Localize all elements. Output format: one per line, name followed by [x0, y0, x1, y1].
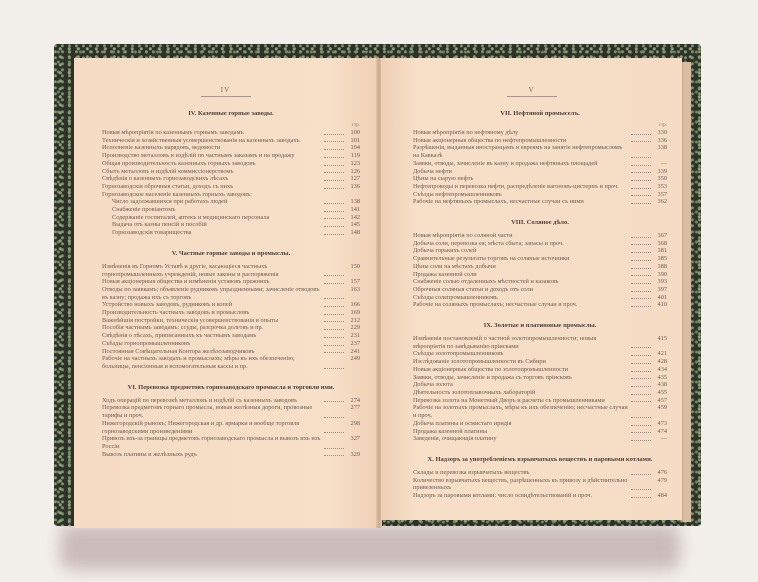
- leader-dots: [324, 420, 344, 433]
- leader-dots: [324, 263, 344, 276]
- leader-dots: [324, 332, 344, 338]
- toc-entry: Техническія и хозяйственныя усовершенств…: [102, 137, 360, 145]
- toc-entry: Снабженіе солью отдаленныхъ мѣстностей и…: [413, 278, 667, 286]
- leader-dots: [631, 294, 651, 300]
- toc-entry-title: Измѣненія постановленій о частной золото…: [413, 335, 629, 350]
- leader-dots: [631, 404, 651, 417]
- toc-entry-page-number: 136: [346, 183, 360, 191]
- toc-entry: Цѣны соли на мѣстахъ добычи388: [413, 263, 667, 271]
- toc-entry: Съѣзды солепромышленниковъ401: [413, 294, 667, 302]
- toc-entry-title: Важнѣйшія постройки, техническія усоверш…: [102, 317, 322, 325]
- toc-entry: Нефтепроводы и перевозка нефти, распредѣ…: [413, 183, 667, 191]
- leader-dots: [631, 477, 651, 490]
- toc-entry-page-number: 353: [653, 183, 667, 191]
- toc-entry: Добыча горькихъ солей381: [413, 247, 667, 255]
- toc-entry: Выдача отъ казны пенсій и пособій145: [102, 221, 360, 229]
- leader-dots: [324, 451, 344, 457]
- leader-dots: [324, 137, 344, 143]
- toc-entry-title: Заявки, отводы, зачисленіе въ казну и пр…: [413, 160, 629, 168]
- toc-entry: Цѣны на сырую нефть350: [413, 175, 667, 183]
- leader-dots: [631, 255, 651, 261]
- book-shadow: [60, 525, 680, 570]
- leader-dots: [631, 129, 651, 135]
- leader-dots: [631, 358, 651, 364]
- toc-entry-title: Исполненіе казенныхъ нарядовъ, ведомости: [102, 144, 322, 152]
- toc-entry-page-number: 241: [346, 348, 360, 356]
- leader-dots: [631, 198, 651, 204]
- toc-entry: Склады и перевозка взрывчатыхъ веществъ4…: [413, 469, 667, 477]
- toc-entry-page-number: 397: [653, 286, 667, 294]
- toc-entry-title: Дѣятельность золотоплавочныхъ лабораторі…: [413, 389, 629, 397]
- toc-entry-page-number: 339: [653, 168, 667, 176]
- toc-entry-page-number: 231: [346, 332, 360, 340]
- toc-entry-page-number: 401: [653, 294, 667, 302]
- toc-entry-title: Отводы по заявкамъ; объявленіе рудниковъ…: [102, 286, 322, 301]
- leader-dots: [324, 160, 344, 166]
- folio-rule: [507, 96, 557, 97]
- toc-entry: Заявки, отводы, зачисленіе и продажа съ …: [413, 374, 667, 382]
- leader-dots: [631, 381, 651, 387]
- toc-entry-title: Съѣзды горнопромышленниковъ: [102, 340, 322, 348]
- toc-entry-page-number: 350: [653, 175, 667, 183]
- leader-dots: [324, 286, 344, 299]
- section-title: IX. Золотые и платиновые промыслы.: [413, 322, 667, 330]
- leader-dots: [324, 309, 344, 315]
- toc-entry-page-number: 474: [653, 428, 667, 436]
- leader-dots: [324, 144, 344, 150]
- leader-dots: [631, 247, 651, 253]
- section-title: V. Частные горные заводы и промыслы.: [102, 250, 360, 258]
- toc-entry: Новыя мѣропріятія по казеннымъ горнымъ з…: [102, 129, 360, 137]
- toc-entry: Рабочіе на золотыхъ промыслахъ, мѣры къ …: [413, 404, 667, 419]
- toc-entry-page-number: 148: [346, 229, 360, 237]
- toc-entry-title: Новыя мѣропріятія по казеннымъ горнымъ з…: [102, 129, 322, 137]
- leader-dots: [631, 374, 651, 380]
- toc-entry: Продажа казенной платины474: [413, 428, 667, 436]
- leader-dots: [631, 183, 651, 189]
- toc-entry-page-number: 229: [346, 324, 360, 332]
- toc-entry: Заявки, отводы, зачисленіе въ казну и пр…: [413, 160, 667, 168]
- toc-entry-title: Заявки, отводы, зачисленіе и продажа съ …: [413, 374, 629, 382]
- leader-dots: [631, 263, 651, 269]
- toc-entry-page-number: 367: [653, 232, 667, 240]
- leader-dots: [631, 428, 651, 434]
- toc-entry-title: Перевозка предметовъ горнаго промысла, н…: [102, 404, 322, 419]
- toc-entry-page-number: 330: [653, 129, 667, 137]
- leader-dots: [324, 278, 344, 284]
- left-page: IV IV. Казенные горные заводы.стр.Новыя …: [74, 58, 377, 528]
- toc-entry: Рабочіе на нефтяныхъ промыслахъ, несчаст…: [413, 198, 667, 206]
- toc-entry-title: Добыча нефти: [413, 168, 629, 176]
- toc-entry-page-number: 100: [346, 129, 360, 137]
- toc-entry-title: Съѣзды нефтепромышленниковъ: [413, 191, 629, 199]
- toc-entry: Сравнительные результаты торговъ на соля…: [413, 255, 667, 263]
- toc-entry-title: Заведенія, очищающія платину: [413, 435, 629, 443]
- leader-dots: [631, 301, 651, 307]
- leader-dots: [324, 183, 344, 189]
- toc-entry-title: Добыча горькихъ солей: [413, 247, 629, 255]
- toc-entry-page-number: 457: [653, 397, 667, 405]
- toc-entry-page-number: 415: [653, 335, 667, 350]
- toc-entry-page-number: 138: [346, 198, 360, 206]
- toc-entry-title: Свѣдѣнія о лѣсахъ, приписанныхъ къ частн…: [102, 332, 322, 340]
- toc-entry: Изслѣдованіе золотопромышленности въ Сиб…: [413, 358, 667, 366]
- leader-dots: [324, 198, 344, 204]
- leader-dots: [631, 168, 651, 174]
- toc-entry-page-number: 385: [653, 255, 667, 263]
- toc-entry: Производство металловъ и издѣлій по част…: [102, 152, 360, 160]
- leader-dots: [631, 389, 651, 395]
- toc-entry-page-number: 336: [653, 137, 667, 145]
- toc-entry: Число задолжавшихся при работахъ людей13…: [102, 198, 360, 206]
- toc-entry-title: Число задолжавшихся при работахъ людей: [102, 198, 322, 206]
- toc-entry-title: Общая производительность казенныхъ горны…: [102, 160, 322, 168]
- toc-entry-page-number: 249: [346, 355, 360, 370]
- toc-entry: Заведенія, очищающія платину—: [413, 435, 667, 443]
- toc-entry-page-number: 123: [346, 160, 360, 168]
- leader-dots: [324, 340, 344, 346]
- toc-entry: Перевозка золота на Монетный Дворъ и рас…: [413, 397, 667, 405]
- toc-entry-title: Снабженіе провіантомъ: [102, 206, 322, 214]
- toc-entry-page-number: 157: [346, 278, 360, 286]
- toc-entry-page-number: 119: [346, 152, 360, 160]
- toc-entry: Продажа казенной соли390: [413, 271, 667, 279]
- toc-entry-title: Горнозаводское населеніе казенныхъ горны…: [102, 191, 346, 199]
- toc-entry-title: Новыя акціонерныя общества по золотопром…: [413, 366, 629, 374]
- leader-dots: [324, 317, 344, 323]
- toc-entry-page-number: 381: [653, 247, 667, 255]
- toc-entry-page-number: 435: [653, 374, 667, 382]
- toc-entry-title: Новыя акціонерныя общества по нефтепромы…: [413, 137, 629, 145]
- leader-dots: [631, 492, 651, 498]
- toc-entry-title: Свѣдѣнія о казенныхъ горнозаводскихъ лѣс…: [102, 175, 322, 183]
- toc-entry-page-number: 126: [346, 168, 360, 176]
- toc-entry: Важнѣйшія постройки, техническія усоверш…: [102, 317, 360, 325]
- toc-entry-page-number: 455: [653, 389, 667, 397]
- toc-entry-title: Новыя акціонерныя общества и измѣненія у…: [102, 278, 322, 286]
- section-title: VII. Нефтяной промыселъ.: [413, 110, 667, 118]
- toc-entry-page-number: 212: [346, 317, 360, 325]
- toc-entry-page-number: 479: [653, 477, 667, 492]
- leader-dots: [324, 404, 344, 417]
- toc-entry: Горнозаводское населеніе казенныхъ горны…: [102, 191, 360, 199]
- toc-entry: Съѣзды золотопромышленниковъ421: [413, 350, 667, 358]
- toc-entry-page-number: 368: [653, 240, 667, 248]
- toc-entry: Устройство новыхъ заводовъ, рудниковъ и …: [102, 301, 360, 309]
- toc-entry-title: Горнозаводскія оброчныя статьи, доходъ с…: [102, 183, 322, 191]
- leader-dots: [631, 144, 651, 157]
- toc-entry-title: Надзоръ за паровыми котлами: число освид…: [413, 492, 629, 500]
- toc-entry: Съѣзды горнопромышленниковъ237: [102, 340, 360, 348]
- toc-entry: Пособія частнымъ заводамъ: ссуды, разсро…: [102, 324, 360, 332]
- leader-dots: [631, 160, 651, 166]
- section-title: VI. Перевозка предметовъ горнозаводскаго…: [102, 384, 360, 392]
- leader-dots: [631, 240, 651, 246]
- toc-entry-title: Нефтепроводы и перевозка нефти, распредѣ…: [413, 183, 629, 191]
- toc-entry-title: Техническія и хозяйственныя усовершенств…: [102, 137, 322, 145]
- toc-entry-title: Рабочіе на соляныхъ промыслахъ; несчастн…: [413, 301, 629, 309]
- section-title: IV. Казенные горные заводы.: [102, 110, 360, 118]
- toc-entry: Вывозъ платины и желѣзныхъ рудъ329: [102, 451, 360, 459]
- toc-entry-page-number: 274: [346, 397, 360, 405]
- leader-dots: [324, 129, 344, 135]
- right-page: V VII. Нефтяной промыселъ.стр.Новыя мѣро…: [381, 58, 682, 520]
- leader-dots: [631, 435, 651, 441]
- leader-dots: [324, 348, 344, 354]
- toc-entry-title: Склады и перевозка взрывчатыхъ веществъ: [413, 469, 629, 477]
- toc-entry: Постоянная Совѣщательная Контора желѣзоз…: [102, 348, 360, 356]
- toc-entry: Содержаніе госпиталей, аптекъ и медицинс…: [102, 214, 360, 222]
- toc-entry-title: Вывозъ платины и желѣзныхъ рудъ: [102, 451, 322, 459]
- toc-entry: Дѣятельность золотоплавочныхъ лабораторі…: [413, 389, 667, 397]
- toc-entry-page-number: 438: [653, 381, 667, 389]
- toc-entry: Добыча нефти339: [413, 168, 667, 176]
- toc-entry-title: Добыча соли, перевозка ея; мѣста сбыта; …: [413, 240, 629, 248]
- toc-entry: Привозъ изъ-за границы предметовъ горноз…: [102, 435, 360, 450]
- toc-entry-title: Перевозка золота на Монетный Дворъ и рас…: [413, 397, 629, 405]
- toc-entry-page-number: 459: [653, 404, 667, 419]
- toc-entry-page-number: 141: [346, 206, 360, 214]
- toc-entry-page-number: 327: [346, 435, 360, 450]
- toc-entry-title: Новыя мѣропріятія по соляной части: [413, 232, 629, 240]
- toc-entry-title: Оброчныя соляныя статьи и доходъ отъ сол…: [413, 286, 629, 294]
- toc-entry-title: Измѣненія въ Горномъ Уставѣ и другіе, ка…: [102, 263, 322, 278]
- toc-entry: Нижегородскій рынокъ; Нижегородская и др…: [102, 420, 360, 435]
- toc-entry: Рабочіе на соляныхъ промыслахъ; несчастн…: [413, 301, 667, 309]
- toc-entry-page-number: 421: [653, 350, 667, 358]
- toc-entry-page-number: 484: [653, 492, 667, 500]
- toc-entry-page-number: 473: [653, 420, 667, 428]
- leader-dots: [324, 355, 344, 368]
- toc-entry-page-number: 362: [653, 198, 667, 206]
- toc-entry-title: Цѣны соли на мѣстахъ добычи: [413, 263, 629, 271]
- toc-entry: Добыча платины и осмистаго иридія473: [413, 420, 667, 428]
- toc-entry: Измѣненія постановленій о частной золото…: [413, 335, 667, 350]
- leader-dots: [324, 301, 344, 307]
- leader-dots: [324, 152, 344, 158]
- toc-entry-title: Количество взрывчатыхъ веществъ, разрѣше…: [413, 477, 629, 492]
- toc-entry: Добыча золота438: [413, 381, 667, 389]
- leader-dots: [324, 435, 344, 448]
- leader-dots: [631, 278, 651, 284]
- toc-entry: Снабженіе провіантомъ141: [102, 206, 360, 214]
- leader-dots: [324, 175, 344, 181]
- toc-entry-title: Рабочіе на частныхъ заводахъ и промыслах…: [102, 355, 322, 370]
- toc-entry-page-number: 127: [346, 175, 360, 183]
- leader-dots: [324, 324, 344, 330]
- right-table-of-contents: VII. Нефтяной промыселъ.стр.Новыя мѣропр…: [381, 110, 667, 500]
- toc-entry-page-number: 390: [653, 271, 667, 279]
- leader-dots: [631, 366, 651, 372]
- toc-entry-title: Пособія частнымъ заводамъ: ссуды, разсро…: [102, 324, 322, 332]
- toc-entry-title: Изслѣдованіе золотопромышленности въ Сиб…: [413, 358, 629, 366]
- leader-dots: [631, 286, 651, 292]
- toc-entry-page-number: 101: [346, 137, 360, 145]
- toc-entry-title: Съѣзды солепромышленниковъ: [413, 294, 629, 302]
- toc-entry-title: Производство металловъ и издѣлій по част…: [102, 152, 322, 160]
- toc-entry-page-number: 163: [346, 286, 360, 301]
- leader-dots: [631, 232, 651, 238]
- toc-entry: Производительность частныхъ заводовъ и п…: [102, 309, 360, 317]
- toc-entry: Перевозка предметовъ горнаго промысла, н…: [102, 404, 360, 419]
- leader-dots: [631, 420, 651, 426]
- toc-entry-title: Привозъ изъ-за границы предметовъ горноз…: [102, 435, 322, 450]
- leader-dots: [324, 221, 344, 227]
- toc-entry-page-number: 150: [346, 263, 360, 278]
- toc-entry: Отводы по заявкамъ; объявленіе рудниковъ…: [102, 286, 360, 301]
- section-title: X. Надзоръ за употребленіемъ взрывчатыхъ…: [413, 456, 667, 464]
- leader-dots: [631, 175, 651, 181]
- toc-entry: Свѣдѣнія о лѣсахъ, приписанныхъ къ частн…: [102, 332, 360, 340]
- leader-dots: [324, 397, 344, 403]
- leader-dots: [324, 206, 344, 212]
- toc-entry-title: Сравнительные результаты торговъ на соля…: [413, 255, 629, 263]
- toc-entry: Сбытъ металловъ и издѣлій коммиссіонерст…: [102, 168, 360, 176]
- toc-entry-title: Содержаніе госпиталей, аптекъ и медицинс…: [102, 214, 322, 222]
- toc-entry: Свѣдѣнія о казенныхъ горнозаводскихъ лѣс…: [102, 175, 360, 183]
- toc-entry-page-number: [346, 191, 360, 199]
- leader-dots: [631, 191, 651, 197]
- toc-entry-title: Продажа казенной платины: [413, 428, 629, 436]
- section-title: VIII. Соляное дѣло.: [413, 219, 667, 227]
- toc-entry-title: Рабочіе на нефтяныхъ промыслахъ, несчаст…: [413, 198, 629, 206]
- toc-entry: Рабочіе на частныхъ заводахъ и промыслах…: [102, 355, 360, 370]
- toc-entry: Горнозаводскія товарищества148: [102, 229, 360, 237]
- toc-entry: Новыя мѣропріятія по соляной части367: [413, 232, 667, 240]
- toc-entry-title: Рабочіе на золотыхъ промыслахъ, мѣры къ …: [413, 404, 629, 419]
- leader-dots: [631, 335, 651, 348]
- toc-entry-page-number: —: [653, 435, 667, 443]
- toc-entry-page-number: 237: [346, 340, 360, 348]
- toc-entry: Оброчныя соляныя статьи и доходъ отъ сол…: [413, 286, 667, 294]
- toc-entry: Добыча соли, перевозка ея; мѣста сбыта; …: [413, 240, 667, 248]
- toc-entry-page-number: 166: [346, 301, 360, 309]
- toc-entry: Надзоръ за паровыми котлами: число освид…: [413, 492, 667, 500]
- right-folio: V: [381, 58, 682, 94]
- toc-entry: Общая производительность казенныхъ горны…: [102, 160, 360, 168]
- toc-entry-title: Добыча платины и осмистаго иридія: [413, 420, 629, 428]
- toc-entry-title: Продажа казенной соли: [413, 271, 629, 279]
- toc-entry: Измѣненія въ Горномъ Уставѣ и другіе, ка…: [102, 263, 360, 278]
- leader-dots: [324, 229, 344, 235]
- toc-entry: Исполненіе казенныхъ нарядовъ, ведомости…: [102, 144, 360, 152]
- toc-entry-page-number: 298: [346, 420, 360, 435]
- toc-entry-page-number: 145: [346, 221, 360, 229]
- toc-entry-page-number: 476: [653, 469, 667, 477]
- left-folio: IV: [74, 58, 377, 94]
- folio-rule: [201, 96, 251, 97]
- toc-entry-title: Постоянная Совѣщательная Контора желѣзоз…: [102, 348, 322, 356]
- toc-entry: Ходъ операцій по перевозкѣ металловъ и и…: [102, 397, 360, 405]
- toc-entry-page-number: 277: [346, 404, 360, 419]
- toc-entry-page-number: 434: [653, 366, 667, 374]
- toc-entry-page-number: 104: [346, 144, 360, 152]
- toc-entry: Количество взрывчатыхъ веществъ, разрѣше…: [413, 477, 667, 492]
- left-table-of-contents: IV. Казенные горные заводы.стр.Новыя мѣр…: [74, 110, 360, 458]
- leader-dots: [631, 350, 651, 356]
- toc-entry-page-number: 410: [653, 301, 667, 309]
- toc-entry: Новыя акціонерныя общества и измѣненія у…: [102, 278, 360, 286]
- toc-entry-title: Нижегородскій рынокъ; Нижегородская и др…: [102, 420, 322, 435]
- page-block-edge: [682, 62, 691, 522]
- toc-entry-title: Съѣзды золотопромышленниковъ: [413, 350, 629, 358]
- toc-entry-title: Сбытъ металловъ и издѣлій коммиссіонерст…: [102, 168, 322, 176]
- toc-entry-title: Разрѣшенія, выданныя иностранцамъ и евре…: [413, 144, 629, 159]
- toc-entry-page-number: 428: [653, 358, 667, 366]
- toc-entry-title: Новыя мѣропріятія по нефтяному дѣлу: [413, 129, 629, 137]
- toc-entry: Новыя акціонерныя общества по золотопром…: [413, 366, 667, 374]
- leader-dots: [631, 271, 651, 277]
- toc-entry-page-number: 329: [346, 451, 360, 459]
- leader-dots: [324, 214, 344, 220]
- toc-entry-page-number: 357: [653, 191, 667, 199]
- toc-entry: Разрѣшенія, выданныя иностранцамъ и евре…: [413, 144, 667, 159]
- toc-entry-page-number: 388: [653, 263, 667, 271]
- toc-entry-title: Снабженіе солью отдаленныхъ мѣстностей и…: [413, 278, 629, 286]
- toc-entry: Новыя акціонерныя общества по нефтепромы…: [413, 137, 667, 145]
- leader-dots: [631, 397, 651, 403]
- toc-entry-page-number: 169: [346, 309, 360, 317]
- toc-entry-title: Выдача отъ казны пенсій и пособій: [102, 221, 322, 229]
- toc-entry-title: Горнозаводскія товарищества: [102, 229, 322, 237]
- leader-dots: [631, 137, 651, 143]
- toc-entry: Новыя мѣропріятія по нефтяному дѣлу330: [413, 129, 667, 137]
- toc-entry-page-number: 338: [653, 144, 667, 159]
- toc-entry-title: Устройство новыхъ заводовъ, рудниковъ и …: [102, 301, 322, 309]
- toc-entry-title: Ходъ операцій по перевозкѣ металловъ и и…: [102, 397, 322, 405]
- toc-entry-page-number: 142: [346, 214, 360, 222]
- toc-entry-page-number: 393: [653, 278, 667, 286]
- toc-entry-page-number: —: [653, 160, 667, 168]
- toc-entry-title: Добыча золота: [413, 381, 629, 389]
- toc-entry-title: Цѣны на сырую нефть: [413, 175, 629, 183]
- leader-dots: [324, 168, 344, 174]
- toc-entry: Съѣзды нефтепромышленниковъ357: [413, 191, 667, 199]
- toc-entry-title: Производительность частныхъ заводовъ и п…: [102, 309, 322, 317]
- leader-dots: [631, 469, 651, 475]
- toc-entry: Горнозаводскія оброчныя статьи, доходъ с…: [102, 183, 360, 191]
